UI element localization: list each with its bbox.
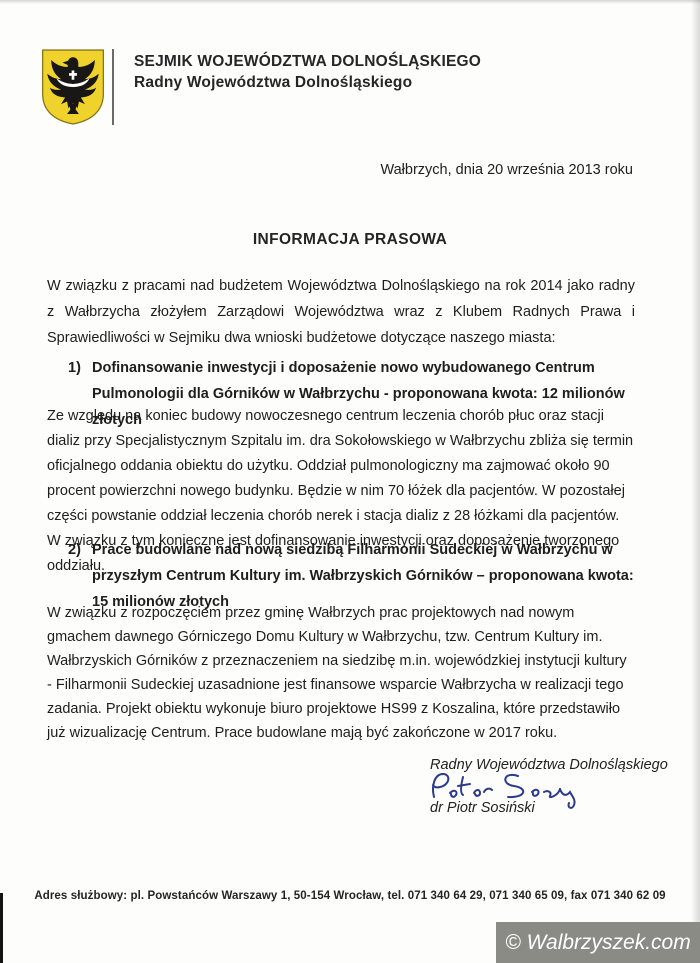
- signature-block: Radny Województwa Dolnośląskiego dr Piot…: [430, 755, 668, 817]
- document-title: INFORMACJA PRASOWA: [0, 231, 700, 249]
- org-name-line2: Radny Województwa Dolnośląskiego: [134, 72, 481, 93]
- scan-edge-right: [691, 0, 700, 963]
- watermark-badge: © Walbrzyszek.com: [496, 922, 700, 963]
- coat-of-arms-lower-silesia-icon: [40, 48, 106, 131]
- letterhead: SEJMIK WOJEWÓDZTWA DOLNOŚLĄSKIEGO Radny …: [40, 48, 481, 131]
- letterhead-divider: [112, 49, 114, 125]
- footer-address: Adres służbowy: pl. Powstańców Warszawy …: [0, 890, 700, 902]
- signature-name: dr Piotr Sosiński: [430, 799, 668, 817]
- scanned-press-release-page: SEJMIK WOJEWÓDZTWA DOLNOŚLĄSKIEGO Radny …: [0, 0, 700, 963]
- letterhead-text: SEJMIK WOJEWÓDZTWA DOLNOŚLĄSKIEGO Radny …: [134, 48, 481, 93]
- scan-edge-top: [0, 0, 700, 4]
- scan-edge-left: [0, 893, 3, 963]
- signature-role: Radny Województwa Dolnośląskiego: [430, 755, 668, 775]
- date-line: Wałbrzych, dnia 20 września 2013 roku: [380, 162, 633, 178]
- paragraph-philharmonic: W związku z rozpoczęciem przez gminę Wał…: [47, 601, 635, 745]
- intro-paragraph: W związku z pracami nad budżetem Wojewód…: [47, 273, 635, 351]
- org-name-line1: SEJMIK WOJEWÓDZTWA DOLNOŚLĄSKIEGO: [134, 51, 481, 72]
